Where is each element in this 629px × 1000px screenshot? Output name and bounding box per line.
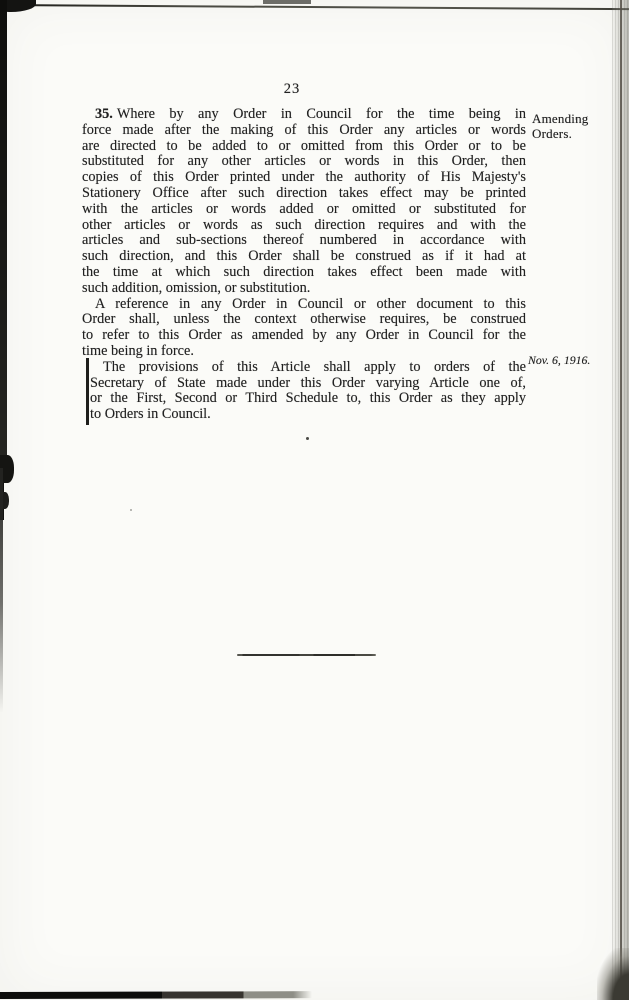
text-line: Order shall, unless the context otherwis…: [82, 312, 526, 328]
scan-edge-top: [0, 4, 629, 11]
scanned-document-page: 23 35.Where by any Order in Council for …: [0, 0, 629, 1000]
text-line: articles and sub-sections thereof number…: [82, 233, 526, 249]
revision-bar: [86, 358, 89, 425]
text-line: Stationery Office after such direction t…: [82, 186, 526, 202]
page-number: 23: [262, 81, 322, 98]
text-line: A reference in any Order in Council or o…: [82, 297, 526, 313]
text-line: are directed to be added to or omitted f…: [82, 139, 526, 155]
text-line: to Orders in Council.: [90, 407, 526, 423]
text-line: force made after the making of this Orde…: [82, 123, 526, 139]
scan-page-edge-line: [620, 0, 622, 1000]
text-line: such direction, and this Order shall be …: [82, 249, 526, 265]
article-number: 35.: [95, 107, 113, 122]
scan-speck: [306, 437, 309, 440]
paragraph: 35.Where by any Order in Council for the…: [82, 107, 526, 297]
text-line: substituted for any other articles or wo…: [82, 154, 526, 170]
paragraph: A reference in any Order in Council or o…: [82, 297, 526, 360]
scan-speck: [130, 509, 132, 511]
scan-edge-left: [0, 0, 7, 472]
text-line: Secretary of State made under this Order…: [90, 376, 526, 392]
paragraph: The provisions of this Article shall app…: [82, 360, 526, 423]
text-line: to refer to this Order as amended by any…: [82, 328, 526, 344]
text-line: such addition, omission, or substitution…: [82, 281, 526, 297]
text-line: the time at which such direction takes e…: [82, 265, 526, 281]
margin-note-line: Orders.: [532, 126, 624, 141]
text-line: copies of this Order printed under the a…: [82, 170, 526, 186]
text-line: 35.Where by any Order in Council for the…: [82, 107, 526, 123]
text-line: The provisions of this Article shall app…: [90, 360, 526, 376]
scan-corner-bottom-right: [597, 948, 629, 1000]
margin-note-date: Nov. 6, 1916.: [528, 353, 626, 368]
text-line: time being in force.: [82, 344, 526, 360]
text-block: 35.Where by any Order in Council for the…: [82, 107, 526, 423]
text-line: with the articles or words added or omit…: [82, 202, 526, 218]
margin-note-line: Nov. 6, 1916.: [528, 353, 626, 368]
scan-top-gray-segment: [263, 0, 311, 4]
scan-edge-left-lower: [0, 468, 3, 713]
text-line: or the First, Second or Third Schedule t…: [90, 391, 526, 407]
margin-note-line: Amending: [532, 111, 624, 126]
text-line: other articles or words as such directio…: [82, 218, 526, 234]
scan-edge-bottom: [0, 991, 312, 999]
separator-rule: [237, 654, 376, 656]
margin-note-amending-orders: AmendingOrders.: [532, 111, 624, 141]
